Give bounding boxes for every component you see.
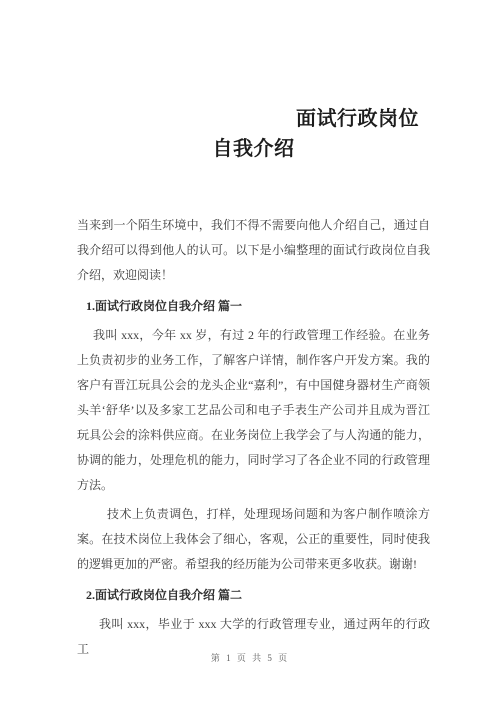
paragraph: 技术上负责调色，打样，处理现场问题和为客户制作喷涂方案。在技术岗位上我体会了细心…	[77, 502, 430, 577]
document-title-line-2: 自我介绍	[77, 134, 430, 164]
document-body: 当来到一个陌生环境中，我们不得不需要向他人介绍自己，通过自我介绍可以得到他人的认…	[77, 164, 430, 662]
paragraph: 我叫 xxx，今年 xx 岁，有过 2 年的行政管理工作经验。在业务上负责初步的…	[77, 323, 430, 498]
section-heading: 1.面试行政岗位自我介绍 篇一	[77, 294, 430, 319]
document-title: 面试行政岗位 自我介绍	[77, 104, 430, 164]
page-footer: 第 1 页 共 5 页	[0, 651, 500, 664]
paragraph: 当来到一个陌生环境中，我们不得不需要向他人介绍自己，通过自我介绍可以得到他人的认…	[77, 213, 430, 288]
document-page: 面试行政岗位 自我介绍 当来到一个陌生环境中，我们不得不需要向他人介绍自己，通过…	[0, 0, 500, 707]
document-title-line-1: 面试行政岗位	[77, 104, 430, 134]
page-number: 第 1 页 共 5 页	[211, 653, 289, 663]
section-heading: 2.面试行政岗位自我介绍 篇二	[77, 583, 430, 608]
